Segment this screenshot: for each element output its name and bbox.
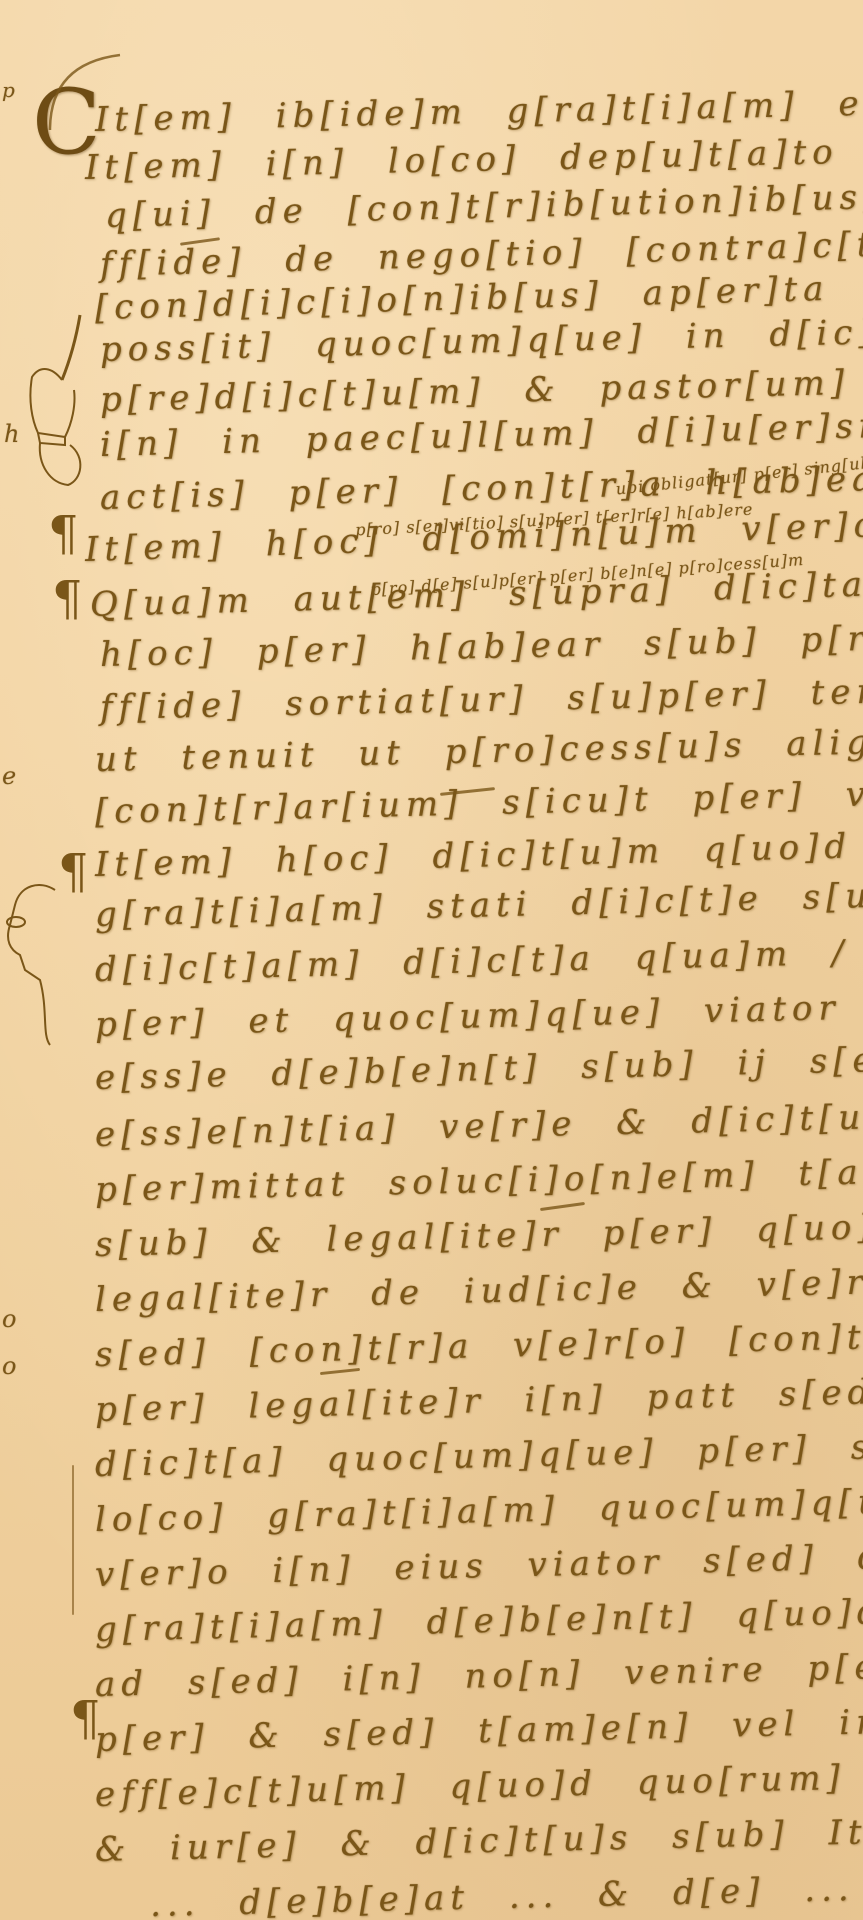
text-line-23: s[ub] & legal[ite]r p[er] q[uo]d s[ed] e…	[95, 1198, 863, 1265]
text-line-29: v[er]o i[n] eius viator s[ed] d[ic]t[u]m	[95, 1532, 863, 1595]
text-line-35: ... d[e]b[e]at ... & d[e] ...	[150, 1869, 855, 1920]
margin-mark: p	[2, 78, 16, 102]
text-line-19: p[er] et quoc[um]q[ue] viator q[ui] a[li…	[95, 980, 863, 1045]
margin-mark: h	[4, 420, 20, 448]
text-line-1: It[em] ib[ide]m g[ra]t[i]a[m] e[ss]e f[a…	[95, 59, 863, 140]
paragraph-mark: ¶	[52, 575, 83, 623]
margin-mark: e	[2, 762, 17, 790]
text-line-31: ad s[ed] i[n] no[n] venire p[er] d[i]spe…	[95, 1638, 863, 1705]
margin-bracket	[72, 1465, 74, 1615]
abbreviation-stroke	[540, 1202, 585, 1211]
margin-mark: o	[2, 1305, 17, 1333]
paragraph-mark: ¶	[58, 848, 89, 896]
manuscript-page: C ¶ ¶ ¶ ¶ p h e o o It[em] ib[ide]m g[ra…	[0, 0, 863, 1920]
manicule-icon	[10, 305, 90, 485]
margin-mark: o	[2, 1352, 17, 1380]
text-line-26: p[er] legal[ite]r i[n] patt s[ed] q[uo]d…	[95, 1364, 863, 1430]
paragraph-mark: ¶	[48, 510, 79, 558]
face-doodle-icon	[0, 880, 60, 1050]
